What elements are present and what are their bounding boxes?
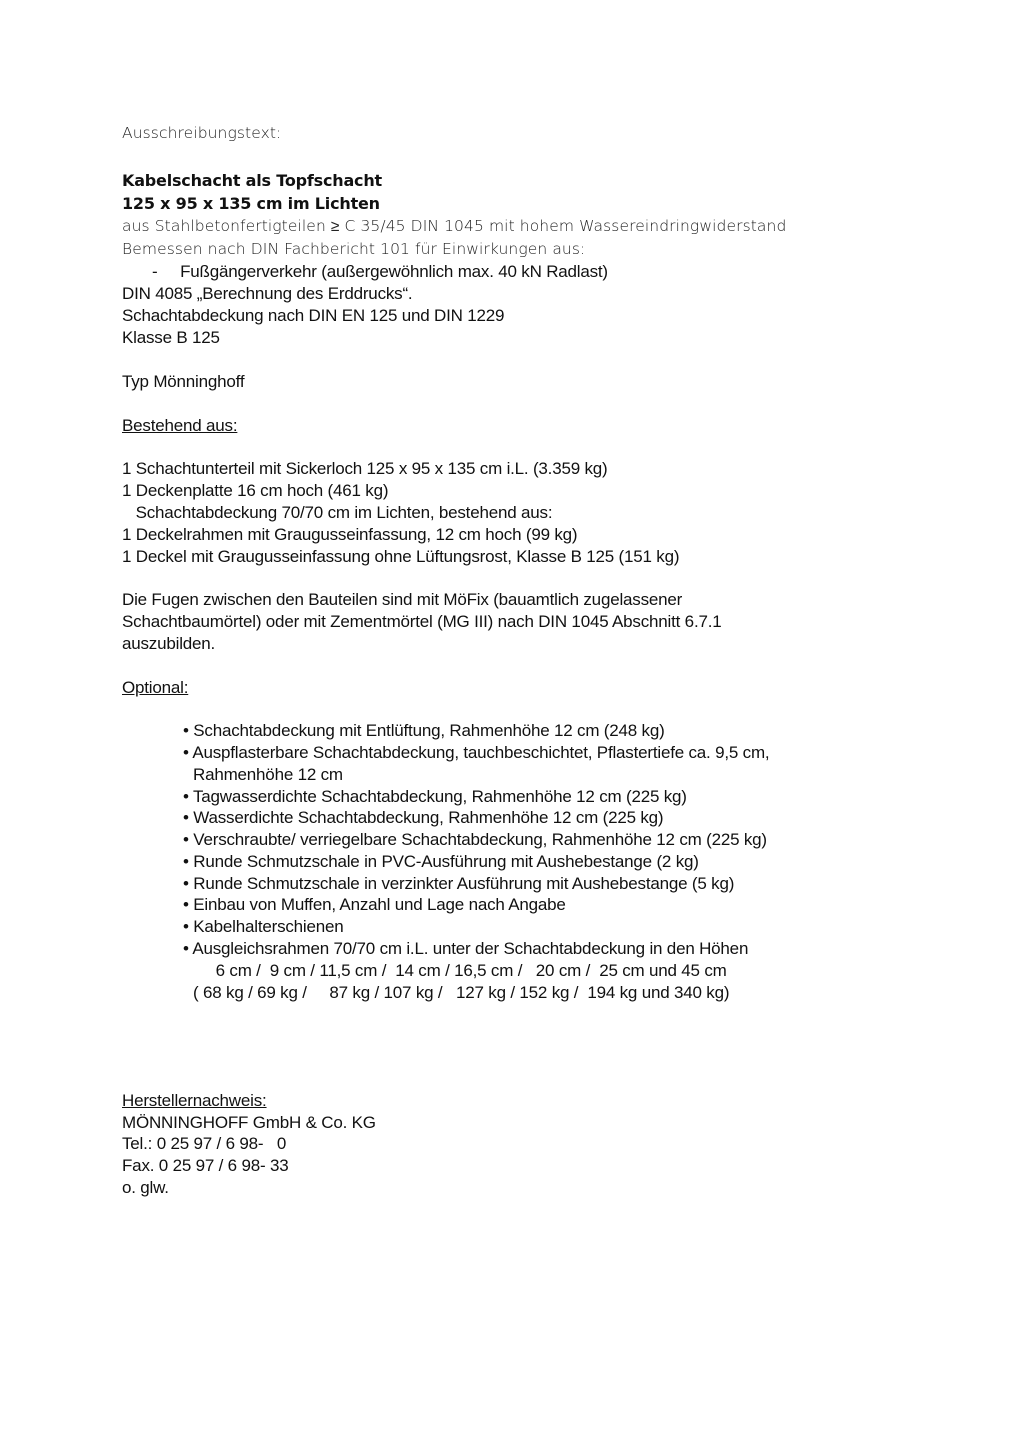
equivalent-note: o. glw. [122, 1177, 169, 1199]
joints-line-2: Schachtbaumörtel) oder mit Zementmörtel … [122, 611, 722, 633]
optional-item: • Einbau von Muffen, Anzahl und Lage nac… [183, 894, 566, 916]
intro-line-2: Bemessen nach DIN Fachbericht 101 für Ei… [122, 238, 585, 260]
manufacturer-fax: Fax. 0 25 97 / 6 98- 33 [122, 1155, 288, 1177]
components-heading: Bestehend aus: [122, 415, 237, 437]
load-case-item: - Fußgängerverkehr (außergewöhnlich max.… [152, 261, 608, 283]
joints-line-3: auszubilden. [122, 633, 215, 655]
component-item: 1 Deckenplatte 16 cm hoch (461 kg) [122, 480, 388, 502]
optional-heading: Optional: [122, 677, 188, 699]
component-item: Schachtabdeckung 70/70 cm im Lichten, be… [122, 502, 552, 524]
optional-item: • Verschraubte/ verriegelbare Schachtabd… [183, 829, 767, 851]
optional-item: • Tagwasserdichte Schachtabdeckung, Rahm… [183, 786, 687, 808]
header-label: Ausschreibungstext: [122, 122, 281, 144]
document-page: Ausschreibungstext: Kabelschacht als Top… [0, 0, 1024, 1448]
intro-line-4: Schachtabdeckung nach DIN EN 125 und DIN… [122, 305, 504, 327]
intro-line-1: aus Stahlbetonfertigteilen ≥ C 35/45 DIN… [122, 215, 786, 237]
weights-row: ( 68 kg / 69 kg / 87 kg / 107 kg / 127 k… [193, 982, 729, 1004]
optional-item: • Wasserdichte Schachtabdeckung, Rahmenh… [183, 807, 663, 829]
intro-line-5: Klasse B 125 [122, 327, 220, 349]
type-label: Typ Mönninghoff [122, 371, 244, 393]
manufacturer-heading: Herstellernachweis: [122, 1090, 267, 1112]
title-line-1: Kabelschacht als Topfschacht [122, 170, 382, 192]
component-item: 1 Deckel mit Graugusseinfassung ohne Lüf… [122, 546, 679, 568]
optional-item: • Ausgleichsrahmen 70/70 cm i.L. unter d… [183, 938, 748, 960]
component-item: 1 Deckelrahmen mit Graugusseinfassung, 1… [122, 524, 577, 546]
optional-item-continuation: Rahmenhöhe 12 cm [193, 764, 343, 786]
joints-line-1: Die Fugen zwischen den Bauteilen sind mi… [122, 589, 682, 611]
title-line-2: 125 x 95 x 135 cm im Lichten [122, 193, 380, 215]
optional-item: • Schachtabdeckung mit Entlüftung, Rahme… [183, 720, 665, 742]
optional-item: • Runde Schmutzschale in PVC-Ausführung … [183, 851, 699, 873]
component-item: 1 Schachtunterteil mit Sickerloch 125 x … [122, 458, 608, 480]
optional-item: • Runde Schmutzschale in verzinkter Ausf… [183, 873, 734, 895]
optional-item: • Auspflasterbare Schachtabdeckung, tauc… [183, 742, 769, 764]
manufacturer-tel: Tel.: 0 25 97 / 6 98- 0 [122, 1133, 286, 1155]
optional-item: • Kabelhalterschienen [183, 916, 344, 938]
intro-line-3: DIN 4085 „Berechnung des Erddrucks“. [122, 283, 412, 305]
manufacturer-name: MÖNNINGHOFF GmbH & Co. KG [122, 1112, 376, 1134]
heights-row: 6 cm / 9 cm / 11,5 cm / 14 cm / 16,5 cm … [193, 960, 727, 982]
